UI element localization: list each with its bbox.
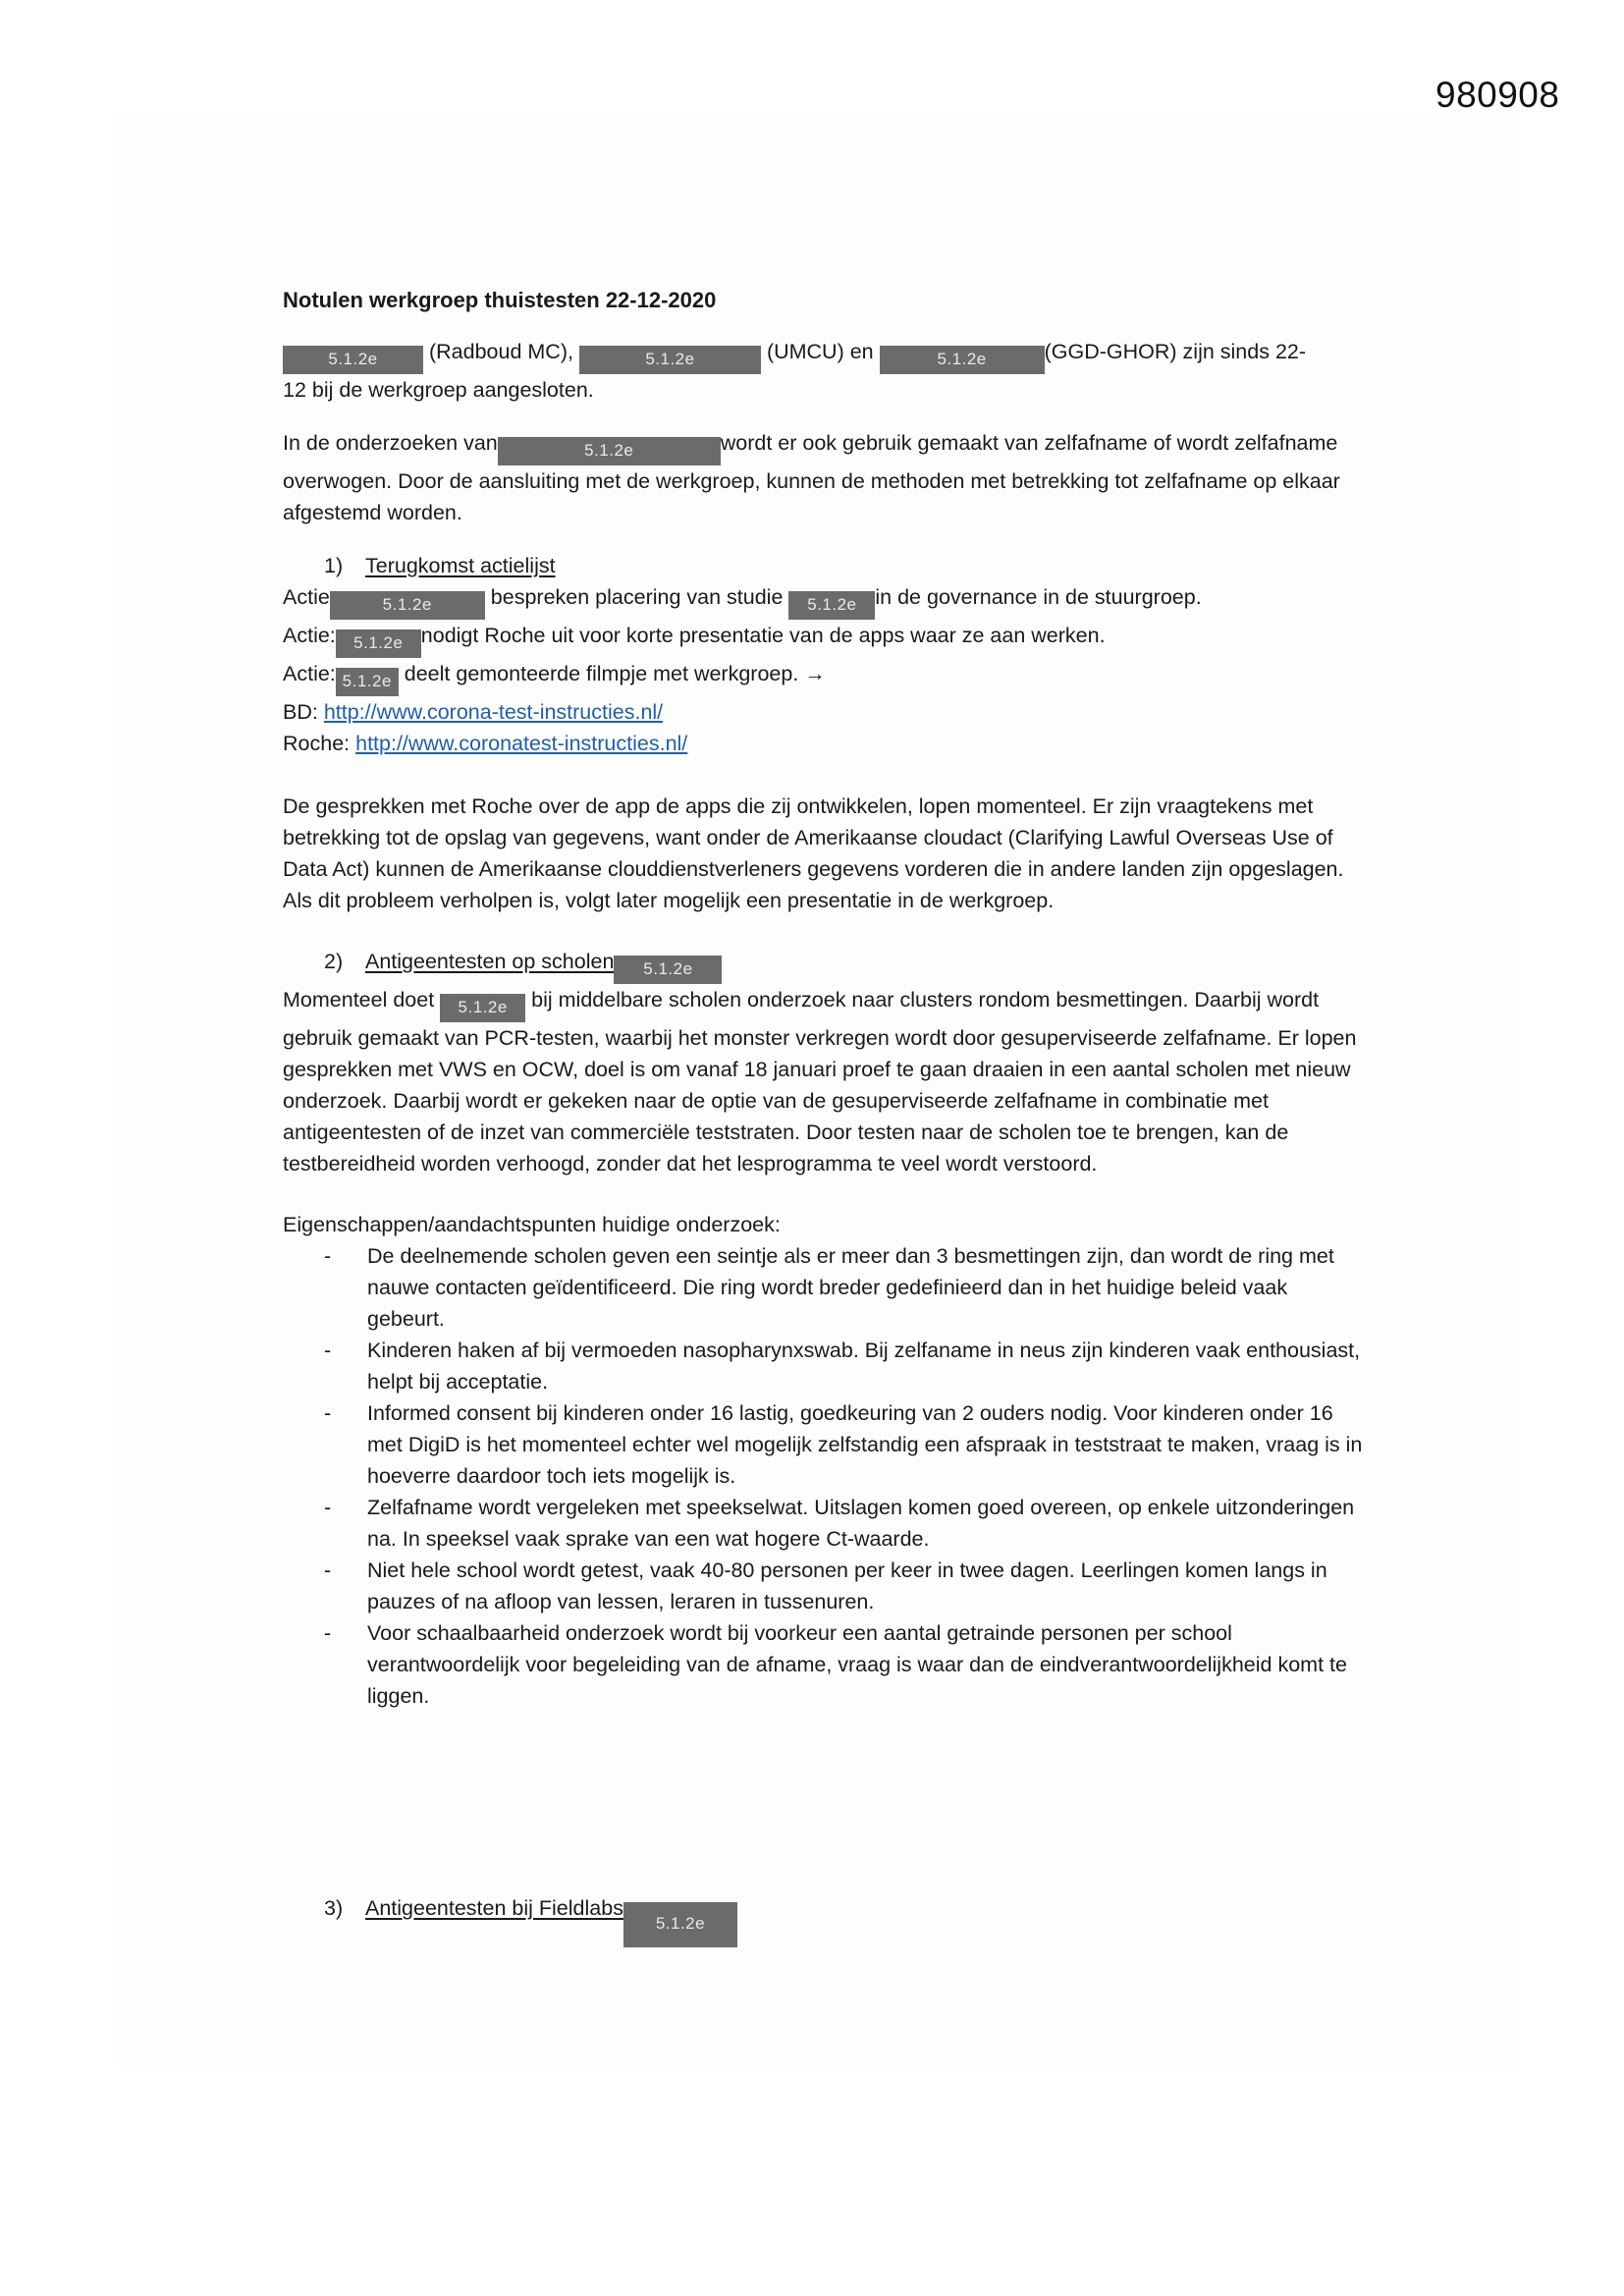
findings-list: -De deelnemende scholen geven een seintj… [283, 1240, 1363, 1712]
intro-paragraph: 5.1.2e (Radboud MC), 5.1.2e (UMCU) en 5.… [283, 336, 1363, 406]
roche-paragraph: De gesprekken met Roche over de app de a… [283, 791, 1363, 916]
link-row-bd: BD: http://www.corona-test-instructies.n… [283, 696, 1363, 728]
document-id: 980908 [1435, 75, 1559, 116]
intro-text: (GGD-GHOR) zijn sinds 22- [1045, 340, 1306, 363]
list-item-text: Kinderen haken af bij vermoeden nasophar… [367, 1339, 1360, 1394]
list-item-text: Niet hele school wordt getest, vaak 40-8… [367, 1558, 1327, 1613]
section-number: 1) [324, 550, 365, 581]
redaction-box: 5.1.2e [498, 437, 721, 465]
list-label: Eigenschappen/aandachtspunten huidige on… [283, 1209, 1363, 1240]
redaction-box: 5.1.2e [880, 346, 1045, 374]
list-item: -De deelnemende scholen geven een seintj… [283, 1240, 1363, 1335]
link-label: Roche: [283, 732, 350, 755]
action-text: deelt gemonteerde filmpje met werkgroep.… [405, 662, 826, 685]
list-item-text: De deelnemende scholen geven een seintje… [367, 1244, 1334, 1331]
section-number: 3) [324, 1892, 365, 1924]
list-item-text: Voor schaalbaarheid onderzoek wordt bij … [367, 1621, 1347, 1708]
bullet-dash: - [324, 1335, 331, 1366]
document-title: Notulen werkgroep thuistesten 22-12-2020 [283, 285, 1363, 316]
section-3-heading: 3)Antigeentesten bij Fieldlabs5.1.2e [283, 1892, 737, 1947]
list-item-text: Informed consent bij kinderen onder 16 l… [367, 1401, 1362, 1488]
action-text: in de governance in de stuurgroep. [875, 585, 1201, 609]
redaction-box: 5.1.2e [336, 668, 399, 696]
section-number: 2) [324, 946, 365, 977]
redaction-box: 5.1.2e [614, 956, 722, 984]
list-item-text: Zelfafname wordt vergeleken met speeksel… [367, 1496, 1354, 1551]
intro-text: (Radboud MC), [429, 340, 573, 363]
action-text: nodigt Roche uit voor korte presentatie … [421, 624, 1106, 647]
scholen-paragraph: Momenteel doet 5.1.2e bij middelbare sch… [283, 984, 1363, 1179]
list-item: -Voor schaalbaarheid onderzoek wordt bij… [283, 1617, 1363, 1712]
redaction-box: 5.1.2e [330, 591, 485, 620]
redaction-box: 5.1.2e [579, 346, 761, 374]
action-prefix: Actie: [283, 662, 336, 685]
action-prefix: Actie: [283, 624, 336, 647]
bullet-dash: - [324, 1492, 331, 1523]
bd-instructions-link[interactable]: http://www.corona-test-instructies.nl/ [324, 700, 663, 724]
redaction-box: 5.1.2e [283, 346, 423, 374]
bullet-dash: - [324, 1240, 331, 1272]
redaction-box: 5.1.2e [440, 994, 525, 1022]
redaction-box: 5.1.2e [336, 629, 421, 658]
link-row-roche: Roche: http://www.coronatest-instructies… [283, 728, 1363, 759]
list-item: -Niet hele school wordt getest, vaak 40-… [283, 1555, 1363, 1617]
paragraph-text: wordt er ook gebruik gemaakt van zelfafn… [721, 431, 1228, 455]
action-text: bespreken placering van studie [491, 585, 784, 609]
bullet-dash: - [324, 1555, 331, 1586]
section-title: Terugkomst actielijst [365, 554, 556, 577]
bullet-dash: - [324, 1617, 331, 1649]
intro-text: 12 bij de werkgroep aangesloten. [283, 378, 594, 402]
roche-instructions-link[interactable]: http://www.coronatest-instructies.nl/ [355, 732, 687, 755]
section-title: Antigeentesten bij Fieldlabs [365, 1896, 623, 1920]
action-item: Actie5.1.2e bespreken placering van stud… [283, 581, 1363, 620]
paragraph-text: In de onderzoeken van [283, 431, 498, 455]
action-prefix: Actie [283, 585, 330, 609]
document-body: Notulen werkgroep thuistesten 22-12-2020… [283, 285, 1363, 1712]
list-item: -Informed consent bij kinderen onder 16 … [283, 1397, 1363, 1492]
bullet-dash: - [324, 1397, 331, 1429]
link-label: BD: [283, 700, 318, 724]
section-title: Antigeentesten op scholen [365, 950, 614, 973]
list-item: -Zelfafname wordt vergeleken met speekse… [283, 1492, 1363, 1555]
redaction-box: 5.1.2e [623, 1902, 737, 1947]
action-item: Actie:5.1.2enodigt Roche uit voor korte … [283, 620, 1363, 658]
section-1-heading: 1)Terugkomst actielijst [283, 550, 1363, 581]
action-item: Actie:5.1.2e deelt gemonteerde filmpje m… [283, 658, 1363, 696]
paragraph-text: Momenteel doet [283, 988, 434, 1011]
intro-text: (UMCU) en [767, 340, 874, 363]
list-item: -Kinderen haken af bij vermoeden nasopha… [283, 1335, 1363, 1397]
redaction-box: 5.1.2e [788, 591, 875, 620]
section-2-heading: 2)Antigeentesten op scholen5.1.2e [283, 946, 1363, 984]
onderzoeken-paragraph: In de onderzoeken van5.1.2ewordt er ook … [283, 427, 1363, 528]
